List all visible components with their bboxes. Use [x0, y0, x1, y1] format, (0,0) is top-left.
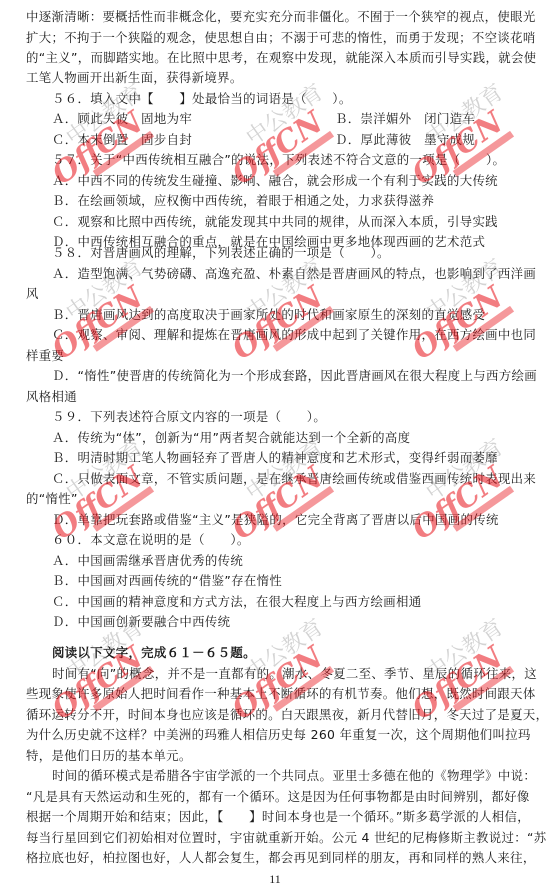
- option-58-c-cont: 样重要: [26, 346, 526, 366]
- option-59-b: Ｂ．明清时期工笔人物画轻弃了晋唐人的精神意度和艺术形式，变得纤弱而萎靡: [52, 448, 550, 468]
- option-59-c-cont: 的“惰性”: [26, 489, 526, 509]
- passage2-line: 为什么历史就不这样？中美洲的玛雅人相信历史每 260 年重复一次，这个周期他们叫…: [26, 725, 526, 745]
- option-56-c: Ｃ．本末倒置 固步自封: [52, 132, 192, 147]
- passage2-line: 时间有“向”的概念，并不是一直都有的。潮水、冬夏二至、季节、星辰的循环往来，这: [52, 664, 550, 684]
- passage-line: 中逐渐清晰：要概括性而非概念化，要充实充分而非僵化。不囿于一个狭窄的视点，使眼光: [26, 7, 526, 27]
- passage2-line: 些现象使许多原始人把时间看作一种基本上不断循环的有机节奏。他们想，既然时间跟天体: [26, 684, 526, 704]
- question-56-options-row2: Ｃ．本末倒置 固步自封 Ｄ．厚此薄彼 墨守成规: [52, 130, 550, 150]
- option-60-d: Ｄ．中国画创新要融合中西传统: [52, 612, 550, 632]
- passage2-line: 根据一个周期开始和结束；因此，【 】时间本身也是一个循环。”斯多葛学派的人相信，: [26, 807, 526, 827]
- option-56-b: Ｂ．崇洋媚外 闭门造车: [335, 109, 475, 129]
- option-57-a: Ａ．中西不同的传统发生碰撞、影响、融合，就会形成一个有利于实践的大传统: [52, 171, 550, 191]
- passage2-line: 每当行星回到它们初始相对位置时，宇宙就重新开始。公元 4 世纪的尼梅修斯主教说过…: [26, 828, 526, 848]
- option-58-c: Ｃ．观察、审阅、理解和提炼在晋唐画风的形成中起到了关键作用，在西方绘画中也同: [52, 325, 550, 345]
- option-59-d: Ｄ．单靠把玩套路或借鉴“主义”是狭隘的，它完全背离了晋唐以后中国画的传统: [52, 510, 550, 530]
- option-58-d-cont: 风格相通: [26, 387, 526, 407]
- page-number: 11: [0, 872, 550, 887]
- option-60-c: Ｃ．中国画的精神意度和方式方法，在很大程度上与西方绘画相通: [52, 592, 550, 612]
- question-56-stem: ５６．填入文中【 】处最恰当的词语是（ ）。: [52, 89, 550, 109]
- option-59-c: Ｃ．只做表面文章，不管实质问题，是在继承晋唐绘画传统或借鉴西画传统时表现出来: [52, 469, 550, 489]
- passage2-line: 特，是他们日历的基本单元。: [26, 746, 526, 766]
- option-59-a: Ａ．传统为“体”，创新为“用”两者契合就能达到一个全新的高度: [52, 428, 550, 448]
- passage-line: 工笔人物画开出新生面，获得新境界。: [26, 68, 526, 88]
- option-58-d: Ｄ．“惰性”使晋唐的传统简化为一个形成套路，因此晋唐画风在很大程度上与西方绘画: [52, 366, 550, 386]
- option-57-c: Ｃ．观察和比照中西传统，就能发现其中共同的规律，从而深入本质，引导实践: [52, 212, 550, 232]
- option-58-a-cont: 风: [26, 284, 526, 304]
- section-heading: 阅读以下文字，完成６１－６５题。: [52, 643, 550, 663]
- passage-line: 的“主义”，而脚踏实地。在比照中思考，在观察中发现，就能深入本质而引导实践，就会…: [26, 48, 526, 68]
- option-57-b: Ｂ．在绘画领域，应权衡中西传统，着眼于相通之处，力求获得滋养: [52, 191, 550, 211]
- option-60-a: Ａ．中国画需继承晋唐优秀的传统: [52, 551, 550, 571]
- passage2-line: 循环运转分不开，时间本身也应该是循环的。白天跟黑夜，新月代替旧月，冬天过了是夏天…: [26, 705, 526, 725]
- exam-page: 中逐渐清晰：要概括性而非概念化，要充实充分而非僵化。不囿于一个狭窄的视点，使眼光…: [0, 0, 550, 893]
- option-56-a: Ａ．顾此失彼 固地为牢: [52, 111, 192, 126]
- question-60-stem: ６０．本文意在说明的是（ ）。: [52, 530, 550, 550]
- passage2-line: “凡是具有天然运动和生死的，都有一个循环。这是因为任何事物都是由时间辨别，都好像: [26, 787, 526, 807]
- passage-line: 扩大；不拘于一个狭隘的观念，使思想自由；不溺于可悲的惰性，而勇于发现；不空谈花哨: [26, 28, 526, 48]
- question-57-stem: ５７．关于“中西传统相互融合”的说法，下列表述不符合文意的一项是（ ）。: [52, 150, 550, 170]
- option-58-a: Ａ．造型饱满、气势磅礴、高逸充盈、朴素自然是晋唐画风的特点，也影响到了西洋画: [52, 264, 550, 284]
- question-56-options-row1: Ａ．顾此失彼 固地为牢 Ｂ．崇洋媚外 闭门造车: [52, 109, 550, 129]
- option-56-d: Ｄ．厚此薄彼 墨守成规: [335, 130, 475, 150]
- question-59-stem: ５９．下列表述符合原文内容的一项是（ ）。: [52, 407, 550, 427]
- question-58-stem: ５８．对晋唐画风的理解，下列表述正确的一项是（ ）。: [52, 243, 550, 263]
- passage2-line: 时间的循环模式是希腊各宇宙学派的一个共同点。亚里士多德在他的《物理学》中说：: [52, 766, 550, 786]
- passage2-line: 格拉底也好，柏拉图也好，人人都会复生，都会再见到同样的朋友，再和同样的熟人来往，: [26, 848, 526, 868]
- option-58-b: Ｂ．晋唐画风达到的高度取决于画家所处的时代和画家原生的深刻的直觉感受: [52, 305, 550, 325]
- option-60-b: Ｂ．中国画对西画传统的“借鉴”存在惰性: [52, 571, 550, 591]
